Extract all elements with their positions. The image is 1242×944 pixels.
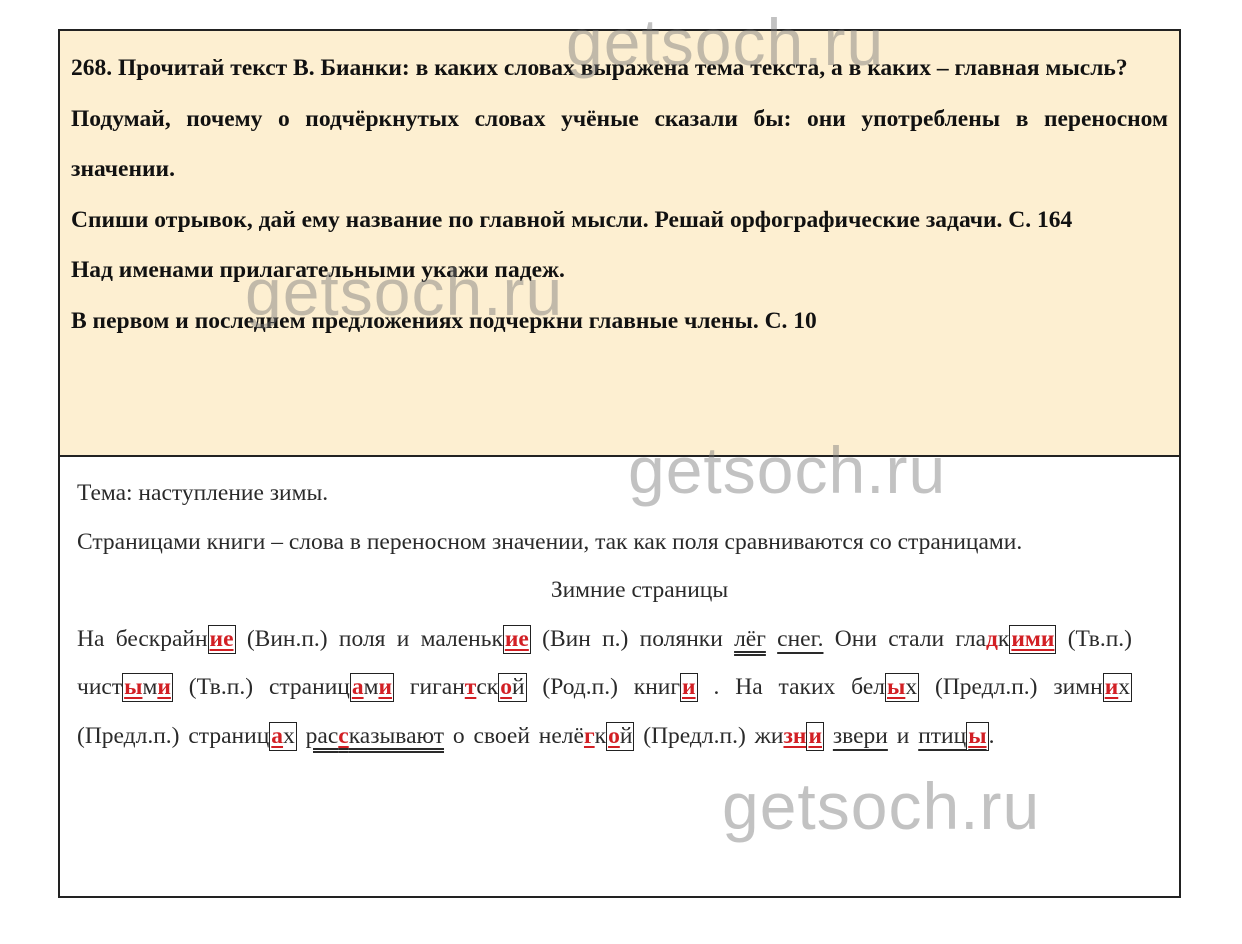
orthogram: зн	[783, 723, 806, 749]
ending-box: ие	[208, 625, 236, 654]
ending-box: ой	[606, 722, 634, 751]
text-segment: х	[1118, 674, 1130, 700]
answer-block: Тема: наступление зимы. Страницами книги…	[60, 457, 1179, 896]
orthogram: о	[500, 674, 512, 700]
passage-text: На бескрайние (Вин.п.) поля и маленькие …	[77, 615, 1132, 761]
ending-box: их	[1103, 673, 1132, 702]
text-segment: х	[283, 723, 295, 749]
orthogram: и	[378, 674, 392, 700]
text-segment: казывают	[349, 723, 444, 749]
ending-box: ами	[350, 673, 394, 702]
ending-box: и	[806, 722, 824, 751]
ending-box: и	[680, 673, 698, 702]
predicate-underline: лёг	[734, 626, 766, 652]
predicate-underline: рассказывают	[306, 723, 444, 749]
ending-box: ой	[498, 673, 526, 702]
ending-box: ие	[503, 625, 531, 654]
ending-box: ых	[885, 673, 919, 702]
ending-box: ы	[966, 722, 988, 751]
orthogram: и	[1105, 674, 1119, 700]
text-segment: й	[620, 723, 633, 749]
text-segment: й	[512, 674, 525, 700]
subject-underline: снег.	[777, 626, 823, 652]
subject-underline: птиц	[918, 723, 966, 749]
orthogram: а	[352, 674, 364, 700]
orthogram: с	[338, 723, 348, 749]
orthogram: ие	[210, 626, 234, 652]
text-segment: м	[364, 674, 379, 700]
orthogram: и	[808, 723, 822, 749]
orthogram: и	[682, 674, 696, 700]
orthogram: ы	[124, 674, 142, 700]
passage-title: Зимние страницы	[77, 566, 1132, 615]
text-segment: х	[905, 674, 917, 700]
task-line-4: Над именами прилагательными укажи падеж.	[71, 245, 1168, 296]
task-line-3: Спиши отрывок, дай ему название по главн…	[71, 195, 1168, 246]
orthogram: ы	[887, 674, 905, 700]
orthogram: ы	[968, 723, 986, 749]
text-segment: м	[142, 674, 157, 700]
task-line-5: В первом и последнем предложениях подчер…	[71, 296, 1168, 347]
subject-underline: звери	[833, 723, 888, 749]
exercise-sheet: 268. Прочитай текст В. Бианки: в каких с…	[58, 29, 1181, 898]
orthogram: г	[584, 723, 595, 749]
ending-box: ими	[1009, 625, 1056, 654]
text-segment: рас	[306, 723, 339, 749]
ending-box: ах	[269, 722, 297, 751]
orthogram: т	[465, 674, 477, 700]
orthogram: д	[986, 626, 998, 652]
orthogram: о	[608, 723, 620, 749]
task-line-1: 268. Прочитай текст В. Бианки: в каких с…	[71, 43, 1168, 94]
orthogram: ие	[505, 626, 529, 652]
answer-theme: Тема: наступление зимы.	[77, 469, 1132, 518]
task-line-2: Подумай, почему о подчёркнутых словах уч…	[71, 94, 1168, 195]
orthogram: ими	[1011, 626, 1054, 652]
ending-box: ыми	[122, 673, 173, 702]
orthogram: а	[271, 723, 283, 749]
orthogram: и	[157, 674, 171, 700]
answer-explanation: Страницами книги – слова в переносном зн…	[77, 518, 1132, 567]
task-block: 268. Прочитай текст В. Бианки: в каких с…	[60, 31, 1179, 457]
